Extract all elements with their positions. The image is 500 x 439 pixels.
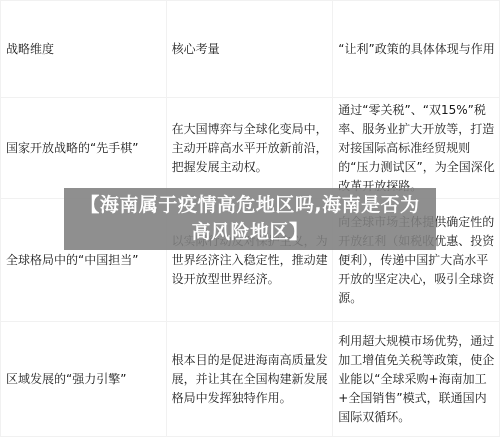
cell-embodiment: 利用超大规模市场优势，通过加工增值免关税等政策，使企业能以“全球采购+海南加工+…: [333, 322, 500, 437]
header-embodiment: “让利”政策的具体体现与作用: [333, 1, 500, 98]
table-header-row: 战略维度 核心考量 “让利”政策的具体体现与作用: [1, 1, 500, 98]
table-row: 区域发展的“强力引擎” 根本目的是促进海南高质量发展，并让其在全国构建新发展格局…: [1, 322, 500, 437]
header-consideration: 核心考量: [166, 1, 333, 98]
overlay-title: 【海南属于疫情高危地区吗,海南是否为高风险地区】: [64, 192, 436, 246]
cell-embodiment: 通过“零关税”、“双15%”税率、服务业扩大开放等，打造对接国际高标准经贸规则的…: [333, 98, 500, 199]
table-row: 国家开放战略的“先手棋” 在大国博弈与全球化变局中，主动开辟高水平开放新前沿，把…: [1, 98, 500, 199]
title-overlay-banner: 【海南属于疫情高危地区吗,海南是否为高风险地区】: [64, 188, 436, 250]
cell-dimension: 国家开放战略的“先手棋”: [1, 98, 167, 199]
header-dimension: 战略维度: [1, 1, 167, 98]
cell-dimension: 区域发展的“强力引擎”: [1, 322, 167, 437]
cell-consideration: 在大国博弈与全球化变局中，主动开辟高水平开放新前沿，把握发展主动权。: [166, 98, 333, 199]
cell-consideration: 根本目的是促进海南高质量发展，并让其在全国构建新发展格局中发挥独特作用。: [166, 322, 333, 437]
